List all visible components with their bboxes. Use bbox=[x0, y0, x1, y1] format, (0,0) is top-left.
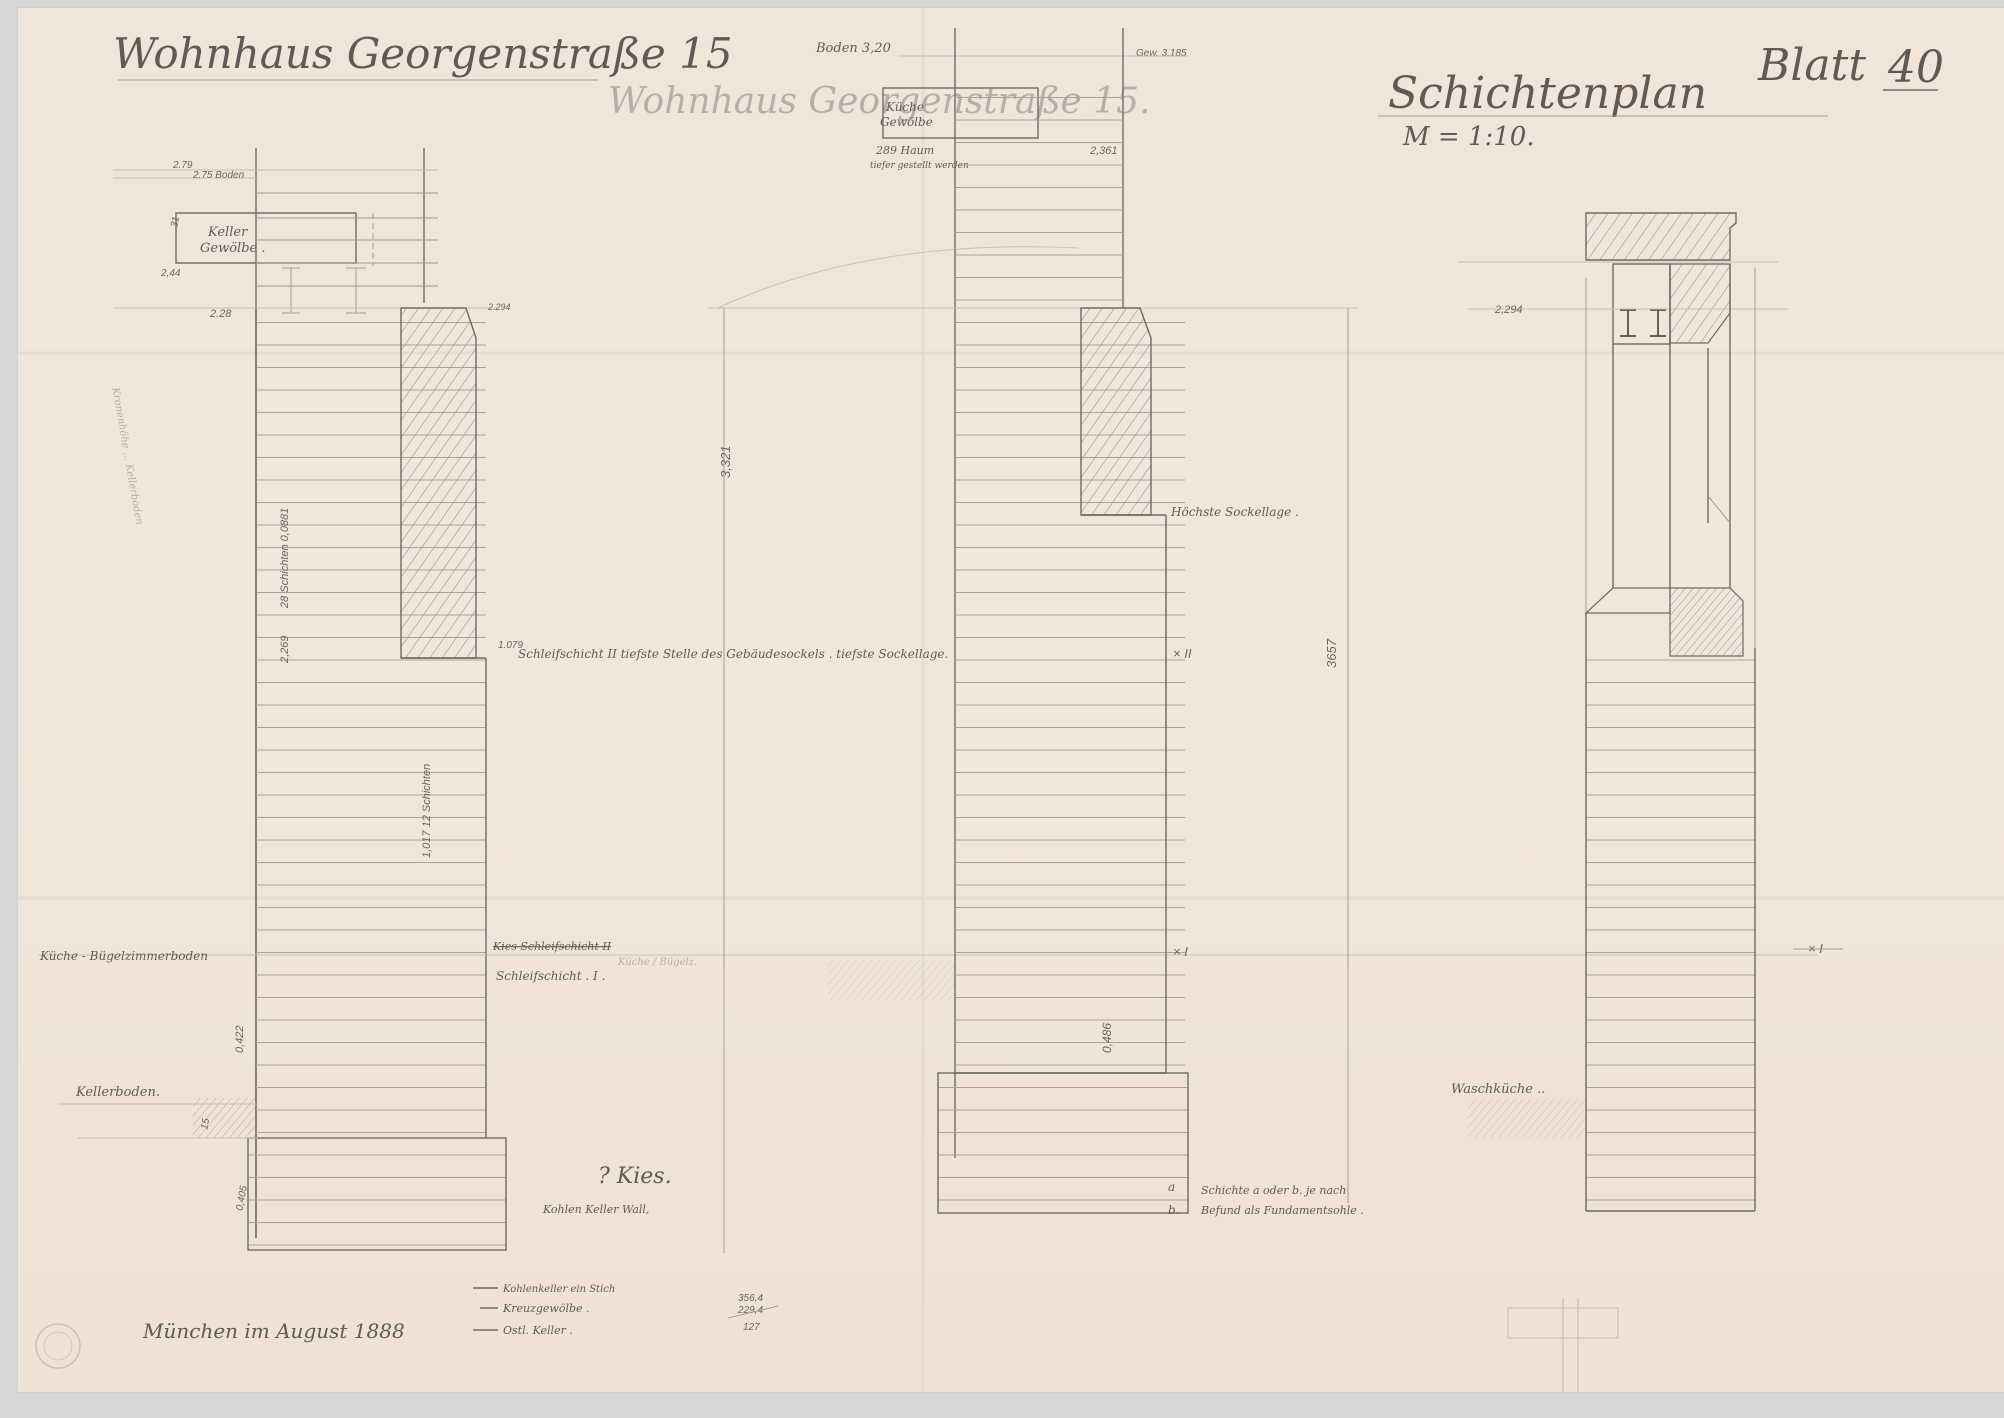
svg-text:Gew. 3.185: Gew. 3.185 bbox=[1136, 48, 1187, 59]
svg-text:Küche: Küche bbox=[885, 100, 924, 114]
drawing-scale: M = 1:10. bbox=[1402, 122, 1535, 152]
svg-text:Kronenhöhe ... Kellerboden: Kronenhöhe ... Kellerboden bbox=[109, 386, 144, 526]
svg-text:a: a bbox=[1168, 1180, 1175, 1194]
i-beam-icon bbox=[1620, 310, 1666, 336]
kellerboden-label: Kellerboden. bbox=[75, 1085, 160, 1100]
svg-text:2,44: 2,44 bbox=[160, 268, 181, 279]
svg-text:31: 31 bbox=[169, 216, 182, 229]
svg-text:2.79: 2.79 bbox=[172, 160, 193, 171]
waschkueche-label: Waschküche .. bbox=[1451, 1082, 1545, 1097]
cellar-legend: Kohlenkeller ein Stich Kreuzgewölbe . Os… bbox=[473, 1284, 615, 1337]
svg-text:3657: 3657 bbox=[1324, 638, 1339, 668]
svg-text:2,269: 2,269 bbox=[279, 635, 291, 664]
svg-text:Kies Schleifschicht II: Kies Schleifschicht II bbox=[492, 940, 612, 953]
svg-text:Kohlenkeller ein Stich: Kohlenkeller ein Stich bbox=[502, 1284, 615, 1295]
svg-text:Befund als Fundamentsohle .: Befund als Fundamentsohle . bbox=[1200, 1204, 1364, 1217]
schichtenplan-drawing: Wohnhaus Georgenstraße 15. Wohnhaus Geor… bbox=[18, 8, 2004, 1392]
svg-text:0,422: 0,422 bbox=[234, 1025, 246, 1053]
detail-sketch bbox=[1508, 1298, 1618, 1392]
hoechste-sockellage-label: Höchste Sockellage . bbox=[1170, 505, 1299, 519]
footer: München im August 1888 356,4 229,4 127 bbox=[36, 1293, 778, 1368]
svg-text:127: 127 bbox=[743, 1322, 760, 1333]
svg-text:b.: b. bbox=[1168, 1203, 1180, 1217]
section-middle: Boden 3,20 Gew. 3.185 Küche Gewölbe 289 … bbox=[617, 28, 1364, 1253]
svg-text:Kohlen Keller Wall,: Kohlen Keller Wall, bbox=[542, 1203, 649, 1216]
svg-text:1,017 12 Schichten: 1,017 12 Schichten bbox=[421, 764, 433, 858]
svg-text:2.294: 2.294 bbox=[487, 302, 511, 312]
svg-text:× II: × II bbox=[1173, 646, 1192, 661]
plinth-hatched-block bbox=[1081, 308, 1151, 515]
drawing-sheet: Wohnhaus Georgenstraße 15. Wohnhaus Geor… bbox=[18, 8, 2004, 1392]
section-left: 2.79 2.75 Boden Keller Gewölbe . 31 2,44… bbox=[38, 148, 1818, 1337]
svg-text:Ostl. Keller .: Ostl. Keller . bbox=[503, 1324, 573, 1337]
sheet-number: 40 bbox=[1887, 42, 1944, 93]
drawing-title: Wohnhaus Georgenstraße 15 bbox=[113, 29, 733, 78]
svg-text:28 Schichten 0,0881: 28 Schichten 0,0881 bbox=[279, 508, 291, 609]
archive-stamp-icon bbox=[36, 1324, 80, 1368]
svg-text:2.75 Boden: 2.75 Boden bbox=[192, 170, 245, 181]
svg-text:0,486: 0,486 bbox=[1100, 1023, 1114, 1053]
svg-text:289 Haum: 289 Haum bbox=[875, 144, 934, 157]
section-right: 2,294 × I Waschküche .. bbox=[1451, 213, 1843, 1392]
svg-text:3,321: 3,321 bbox=[718, 445, 733, 478]
drawing-subtitle: Schichtenplan bbox=[1388, 68, 1707, 119]
sheet-number-label: Blatt bbox=[1757, 40, 1866, 91]
schleifschicht-ii-note: Schleifschicht II tiefste Stelle des Geb… bbox=[518, 647, 948, 661]
sill-hatched-block bbox=[1670, 588, 1743, 656]
svg-text:2.28: 2.28 bbox=[209, 308, 232, 320]
footing-left bbox=[248, 1138, 506, 1250]
svg-text:Schichte a oder b. je nach: Schichte a oder b. je nach bbox=[1201, 1184, 1346, 1197]
schleifschicht-i-note: Schleifschicht . I . bbox=[496, 969, 605, 983]
svg-text:Gewölbe: Gewölbe bbox=[880, 115, 933, 129]
place-date: München im August 1888 bbox=[142, 1319, 405, 1343]
courses-top bbox=[256, 193, 438, 286]
svg-text:2,294: 2,294 bbox=[1494, 304, 1523, 316]
svg-text:Kreuzgewölbe .: Kreuzgewölbe . bbox=[502, 1302, 590, 1315]
kies-label: ? Kies. bbox=[598, 1164, 672, 1189]
svg-text:Gewölbe .: Gewölbe . bbox=[200, 241, 265, 256]
kueche-label: Küche - Bügelzimmerboden bbox=[39, 949, 208, 963]
lintel-hatched-block bbox=[1586, 213, 1736, 260]
svg-text:Küche / Bügelz.: Küche / Bügelz. bbox=[617, 957, 697, 968]
svg-text:tiefer gestellt werden: tiefer gestellt werden bbox=[870, 161, 969, 171]
i-beam-icon bbox=[282, 268, 366, 313]
svg-text:Keller: Keller bbox=[207, 225, 248, 240]
svg-text:356,4: 356,4 bbox=[738, 1293, 763, 1304]
plinth-hatched-block bbox=[401, 308, 476, 658]
svg-text:Boden 3,20: Boden 3,20 bbox=[815, 41, 891, 56]
footing-middle bbox=[938, 1073, 1188, 1213]
svg-text:× I: × I bbox=[1173, 944, 1188, 959]
